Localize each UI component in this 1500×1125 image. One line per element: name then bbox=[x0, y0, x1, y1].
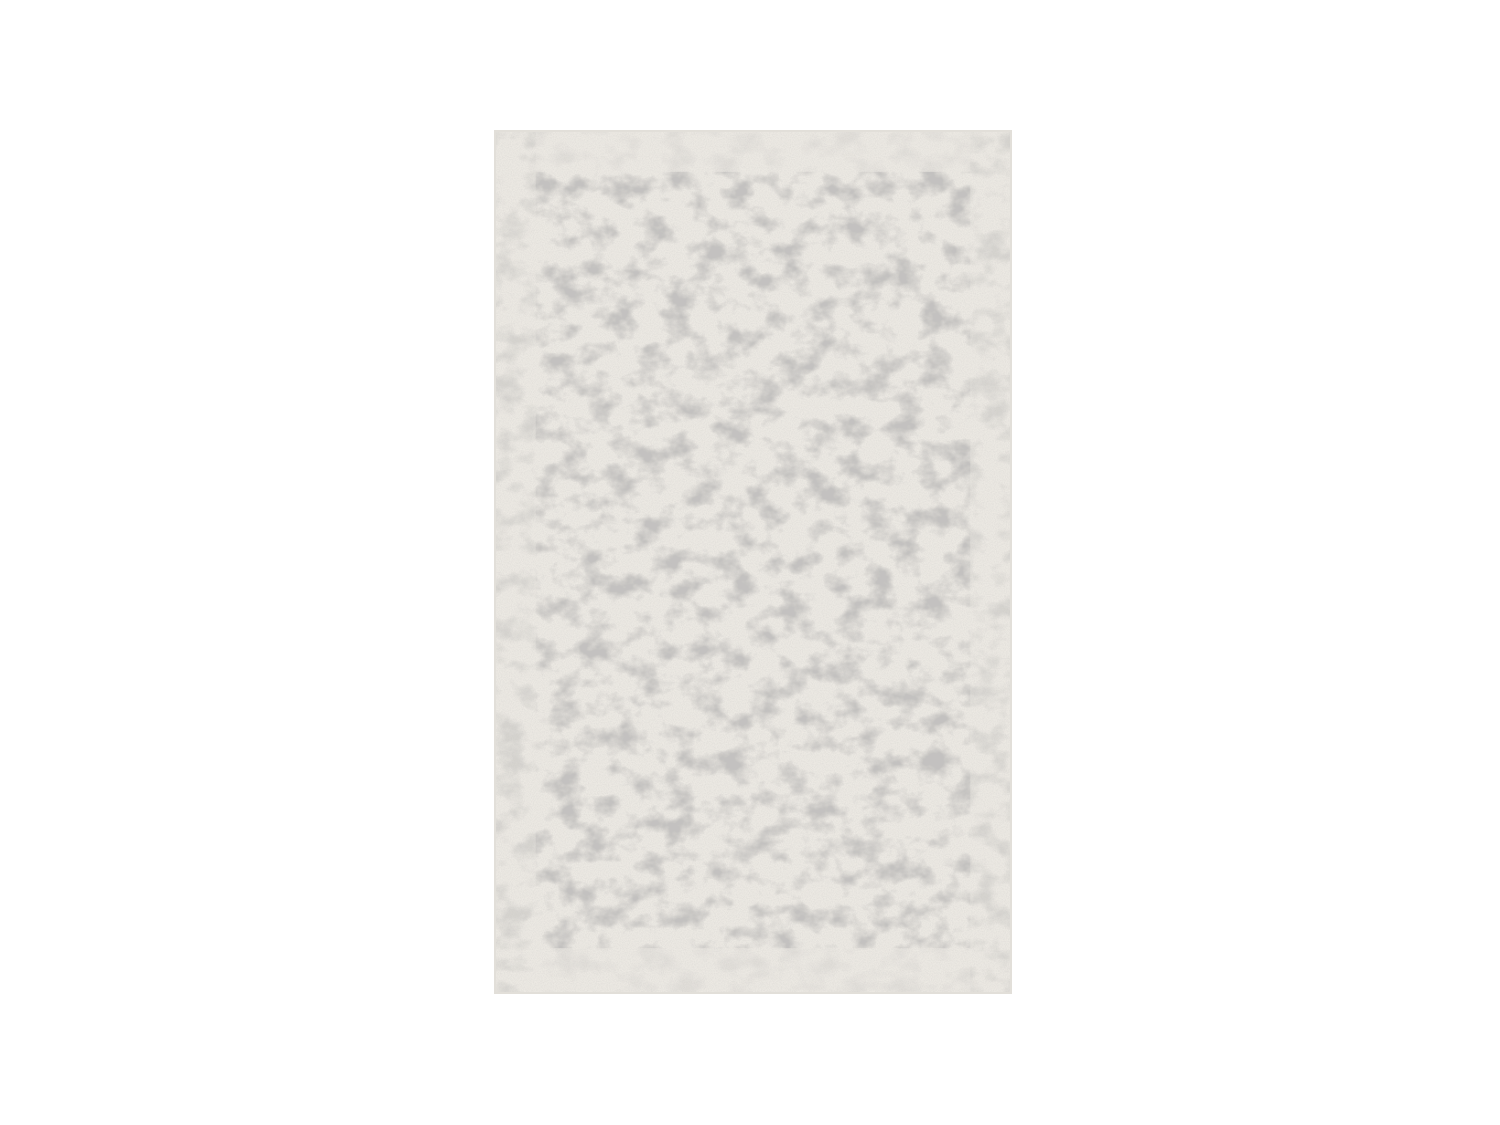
area-rug bbox=[494, 130, 1012, 994]
rug-pattern bbox=[496, 132, 1010, 992]
